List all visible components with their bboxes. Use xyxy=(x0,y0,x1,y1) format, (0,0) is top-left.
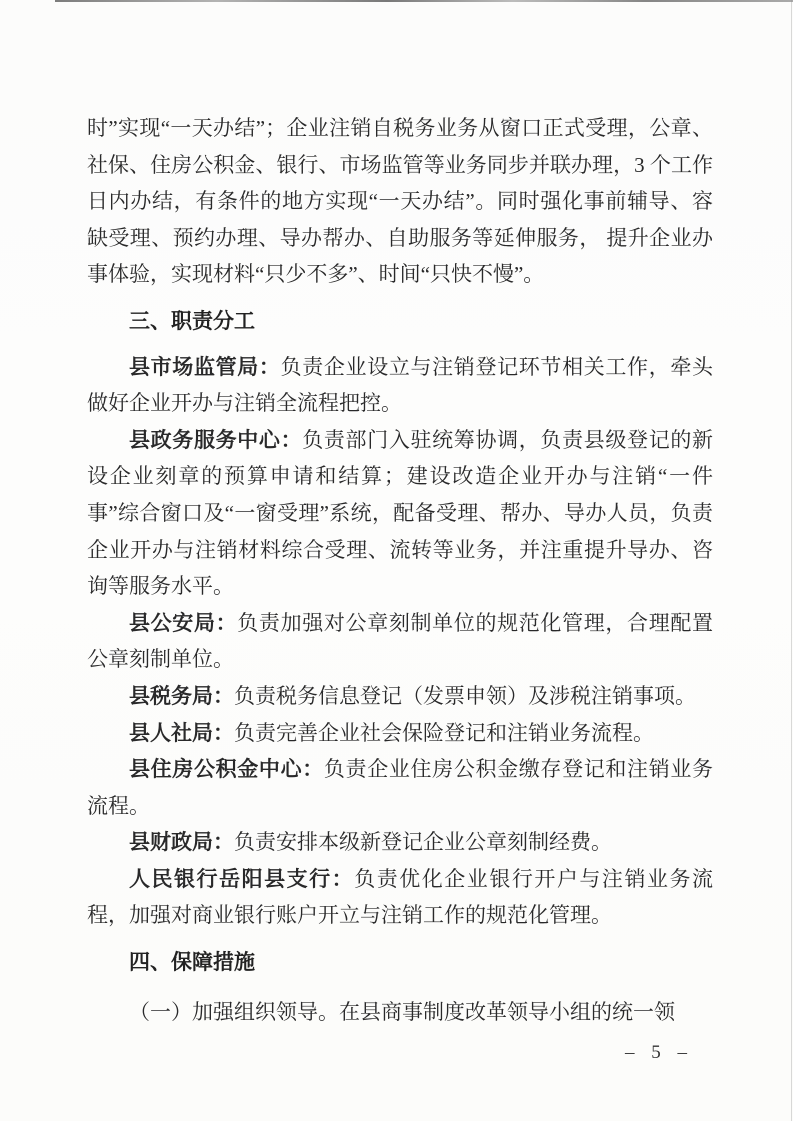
paragraph-lead: 人民银行岳阳县支行： xyxy=(129,867,354,891)
paragraph-strengthen-leadership: （一）加强组织领导。在县商事制度改革领导小组的统一领 xyxy=(87,994,713,1031)
section-heading-4: 四、保障措施 xyxy=(87,945,713,982)
scan-artifact-top-line xyxy=(55,0,793,2)
paragraph-finance-bureau: 县财政局：负责安排本级新登记企业公章刻制经费。 xyxy=(87,824,713,861)
paragraph-lead: 县政务服务中心： xyxy=(129,428,302,452)
section-heading-3: 三、职责分工 xyxy=(87,304,713,341)
paragraph-lead: 县财政局： xyxy=(129,830,234,854)
paragraph-lead: 县税务局： xyxy=(129,684,234,708)
page-number: – 5 – xyxy=(625,1042,693,1064)
paragraph-lead: 县住房公积金中心： xyxy=(129,757,324,781)
paragraph-text: 负责完善企业社会保险登记和注销业务流程。 xyxy=(234,721,654,745)
paragraph-public-security-bureau: 县公安局：负责加强对公章刻制单位的规范化管理，合理配置公章刻制单位。 xyxy=(87,605,713,678)
paragraph-tax-bureau: 县税务局：负责税务信息登记（发票申领）及涉税注销事项。 xyxy=(87,678,713,715)
paragraph-lead: 县公安局： xyxy=(129,611,237,635)
paragraph-human-resources-bureau: 县人社局：负责完善企业社会保险登记和注销业务流程。 xyxy=(87,715,713,752)
paragraph-continuation: 时”实现“一天办结”；企业注销自税务业务从窗口正式受理，公章、社保、住房公积金、… xyxy=(87,110,713,293)
paragraph-lead: 县市场监管局： xyxy=(129,355,281,379)
paragraph-text: 负责税务信息登记（发票申领）及涉税注销事项。 xyxy=(234,684,696,708)
document-page: 时”实现“一天办结”；企业注销自税务业务从窗口正式受理，公章、社保、住房公积金、… xyxy=(0,0,793,1121)
paragraph-housing-fund-center: 县住房公积金中心：负责企业住房公积金缴存登记和注销业务流程。 xyxy=(87,751,713,824)
paragraph-peoples-bank: 人民银行岳阳县支行：负责优化企业银行开户与注销业务流程，加强对商业银行账户开立与… xyxy=(87,861,713,934)
page-body-text: 时”实现“一天办结”；企业注销自税务业务从窗口正式受理，公章、社保、住房公积金、… xyxy=(87,110,713,1030)
paragraph-text: 负责安排本级新登记企业公章刻制经费。 xyxy=(234,830,612,854)
paragraph-text: 负责部门入驻统筹协调，负责县级登记的新设企业刻章的预算申请和结算；建设改造企业开… xyxy=(87,428,713,598)
scan-artifact-right-edge xyxy=(791,0,792,1121)
paragraph-government-service-center: 县政务服务中心：负责部门入驻统筹协调，负责县级登记的新设企业刻章的预算申请和结算… xyxy=(87,422,713,605)
paragraph-lead: 县人社局： xyxy=(129,721,234,745)
paragraph-market-supervision: 县市场监管局：负责企业设立与注销登记环节相关工作，牵头做好企业开办与注销全流程把… xyxy=(87,349,713,422)
